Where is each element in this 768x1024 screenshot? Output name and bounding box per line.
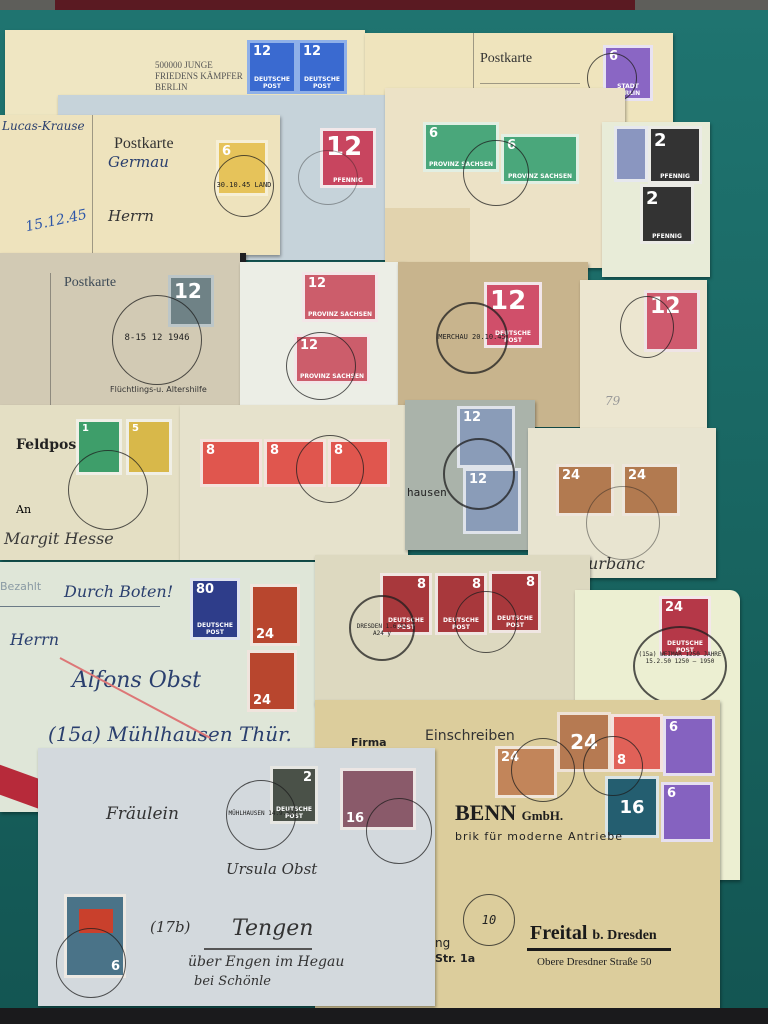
stamp-6-stadt-berlin: 6 — [663, 716, 715, 776]
salutation-text: Herrn — [10, 630, 59, 649]
left-fragment-1: ng — [435, 936, 450, 950]
circled-number: 10 — [463, 894, 515, 946]
handwriting-fragment: urbanc — [588, 554, 645, 573]
cover-feldpost: Feldpost 1 5 An Margit Hesse — [0, 405, 180, 560]
stamp-covers-photo: 500000 JUNGE FRIEDENS KÄMPFER BERLIN Frä… — [0, 0, 768, 1024]
stamp-8-sbz-red: 8 — [200, 439, 262, 487]
cover-2-pfennig: 2PFENNIG 2PFENNIG — [602, 122, 710, 277]
cover-postcard-berlin-1946: Postkarte 12 8-15 12 1946 Flüchtlings-u.… — [0, 253, 246, 408]
cover-cream-12: 12 79 — [580, 280, 707, 428]
stamp-80-blue: 80DEUTSCHE POST — [190, 578, 240, 640]
stamp-12-blue: 12DEUTSCHE POST — [247, 40, 297, 94]
delivery-note: Durch Boten! — [64, 582, 173, 601]
to-label: An — [16, 503, 31, 516]
postmark-land: 30.10.45 LAND — [214, 155, 274, 217]
recipient-text: Margit Hesse — [4, 529, 114, 548]
zone-code: (17b) — [150, 918, 190, 936]
postmark-berlin-c2: 8-15 12 1946 — [112, 295, 202, 385]
city-name: Freital b. Dresden — [530, 922, 657, 945]
street-address: Obere Dresdner Straße 50 — [537, 956, 652, 968]
recipient-text: Germau — [108, 153, 169, 171]
registered-label: Einschreiben — [425, 728, 515, 744]
postmark-dresden: DRESDEN 1.6.51 A24 y — [349, 595, 415, 661]
cover-postcard-land: Lucas-Krause Postkarte Germau Herrn 15.1… — [0, 115, 280, 255]
cancel-slogan: Flüchtlings-u. Altershilfe — [110, 385, 207, 394]
cover-dresden-marx: 8DEUTSCHE POST 8DEUTSCHE POST 8DEUTSCHE … — [315, 555, 590, 705]
postmark-muehlhausen: MÜHLHAUSEN 14.9.52 — [226, 780, 296, 850]
cover-provinz-sachsen-green: 6PROVINZ SACHSEN 6PROVINZ SACHSEN — [385, 88, 625, 268]
sender-text: Lucas-Krause — [2, 119, 85, 133]
cancel-slogan-text: 500000 JUNGE FRIEDENS KÄMPFER BERLIN — [155, 60, 250, 93]
left-fragment-2: Str. 1a — [435, 952, 475, 965]
salutation-text: Fräulein — [106, 804, 179, 824]
postkarte-heading: Postkarte — [114, 135, 174, 153]
stamp-6-stadt-berlin: 6 — [661, 782, 713, 842]
background-top-band — [0, 0, 768, 10]
salutation-text: Herrn — [108, 207, 154, 225]
recipient-text: Alfons Obst — [72, 668, 201, 693]
cover-sbz-overprint: 8 8 8 — [180, 405, 408, 560]
city-text: Tengen — [232, 916, 313, 941]
postkarte-heading: Postkarte — [64, 275, 116, 291]
address-line-2: über Engen im Hegau — [188, 954, 344, 970]
stamp-12-blue: 12DEUTSCHE POST — [297, 40, 347, 94]
address-fragment: hausen — [407, 486, 447, 499]
cover-fraulein-ursula: Fräulein 2DEUTSCHE POST 16 MÜHLHAUSEN 14… — [38, 748, 435, 1006]
stamp-2-pfennig-black: 2PFENNIG — [640, 184, 694, 244]
pencil-note: 79 — [605, 394, 620, 408]
bezahlt-box-fragment: Bezahlt — [0, 580, 41, 593]
stamp-violet-small — [614, 126, 648, 182]
stamp-12-provinz-sachsen-red: 12PROVINZ SACHSEN — [302, 272, 378, 322]
stamp-2-pfennig-black: 2PFENNIG — [648, 126, 702, 184]
recipient-text: Ursula Obst — [226, 860, 317, 878]
stamp-24-red-pieck: 24 — [250, 584, 300, 646]
postkarte-heading: Postkarte — [480, 51, 532, 67]
cover-provinz-sachsen-red: 12PROVINZ SACHSEN 12PROVINZ SACHSEN — [240, 262, 405, 407]
company-tagline: brik für moderne Antriebe — [455, 830, 623, 843]
postmark-merchau: MERCHAU 20.10.45 — [436, 302, 508, 374]
stamp-24-red-pieck: 24 — [247, 650, 297, 712]
cover-grey-sbz: 12 12 hausen — [405, 400, 535, 550]
feldpost-heading: Feldpost — [16, 437, 83, 453]
address-text: (15a) Mühlhausen Thür. — [48, 722, 292, 746]
date-note: 15.12.45 — [24, 207, 88, 236]
company-name: BENN GmbH. — [455, 800, 563, 826]
address-line-3: bei Schönle — [194, 974, 271, 989]
background-bottom-band — [0, 1008, 768, 1024]
postmark-weimar: (15a) WEIMAR 1250 JAHRE 15.2.50 1250 — 1… — [633, 626, 727, 706]
